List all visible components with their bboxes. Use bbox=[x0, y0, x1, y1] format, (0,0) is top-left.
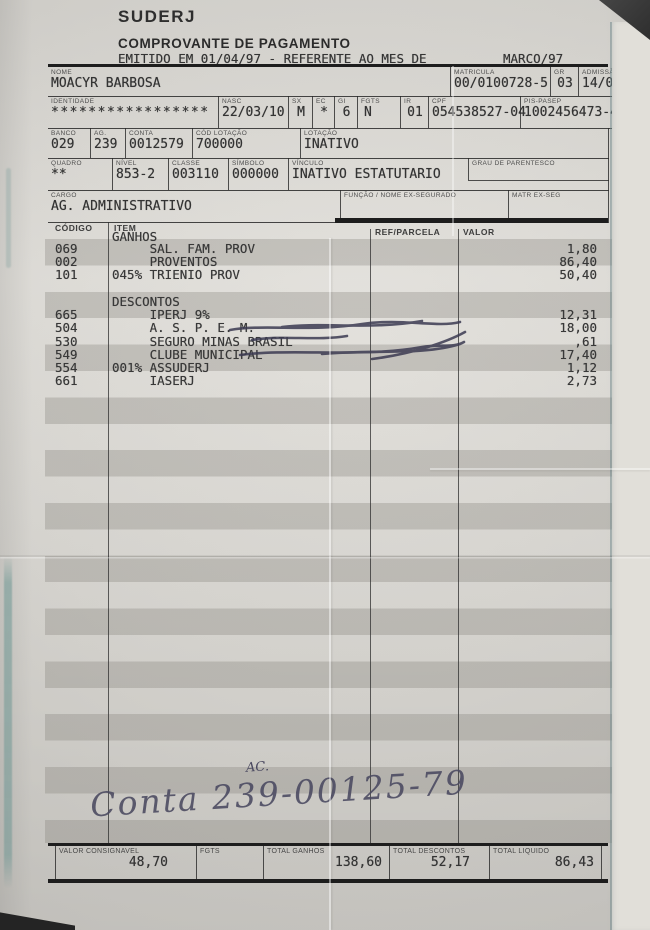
field-label: NÍVEL bbox=[113, 158, 169, 167]
field-label: LOTAÇÃO bbox=[301, 128, 609, 137]
paper-edge-right bbox=[610, 22, 650, 930]
field-cod-lotacao: CÓD LOTAÇÃO 700000 bbox=[192, 128, 301, 158]
form-row-identification: NOME MOACYR BARBOSA MATRICULA 00/0100728… bbox=[48, 67, 650, 97]
field-vinculo: VÍNCULO INATIVO ESTATUTARIO bbox=[288, 158, 469, 190]
total-label: TOTAL LIQUIDO bbox=[490, 846, 602, 855]
field-label: FUNÇÃO / NOME EX-SEGURADO bbox=[341, 190, 509, 199]
table-row: DESCONTOS bbox=[0, 294, 650, 307]
field-label: CLASSE bbox=[169, 158, 229, 167]
field-cpf: CPF 054538527-04 bbox=[428, 96, 521, 128]
field-label: VÍNCULO bbox=[289, 158, 469, 167]
field-value: 1002456473-4 bbox=[521, 105, 613, 120]
total-value: 86,43 bbox=[490, 855, 602, 870]
total-value: 138,60 bbox=[264, 855, 390, 870]
total-fgts: FGTS bbox=[196, 846, 264, 879]
field-value: 0012579 bbox=[126, 137, 193, 152]
field-value: 239 bbox=[91, 137, 126, 152]
field-label: FGTS bbox=[358, 96, 401, 105]
field-label: AG. bbox=[91, 128, 126, 137]
total-descontos: TOTAL DESCONTOS 52,17 bbox=[389, 846, 490, 879]
blue-edge-mark-lower bbox=[4, 556, 12, 888]
field-value: 029 bbox=[48, 137, 90, 152]
field-label: MATR EX-SEG bbox=[509, 190, 609, 199]
form-row-bank: BANCO 029 AG. 239 CONTA 0012579 CÓD LOTA… bbox=[48, 128, 609, 159]
total-valor-consignavel: VALOR CONSIGNAVEL 48,70 bbox=[56, 846, 196, 879]
form-row-position: QUADRO ** NÍVEL 853-2 CLASSE 003110 SÍMB… bbox=[48, 158, 609, 191]
field-value: M bbox=[289, 105, 313, 120]
table-row: 661 IASERJ 2,73 bbox=[0, 373, 650, 386]
field-conta: CONTA 0012579 bbox=[125, 128, 193, 158]
field-sx: SX M bbox=[288, 96, 313, 128]
field-value: N bbox=[358, 105, 401, 120]
total-value: 52,17 bbox=[390, 855, 490, 870]
total-value: 48,70 bbox=[56, 855, 196, 870]
field-value: AG. ADMINISTRATIVO bbox=[48, 199, 340, 214]
field-label: SÍMBOLO bbox=[229, 158, 289, 167]
field-ec: EC * bbox=[312, 96, 335, 128]
field-value: INATIVO ESTATUTARIO bbox=[289, 167, 469, 182]
field-simbolo: SÍMBOLO 000000 bbox=[228, 158, 289, 190]
field-label: NOME bbox=[48, 67, 450, 76]
field-nivel: NÍVEL 853-2 bbox=[112, 158, 169, 190]
field-value: 6 bbox=[335, 105, 358, 120]
field-value: 01 bbox=[401, 105, 429, 120]
field-value: ***************** bbox=[48, 105, 218, 120]
row-item: IASERJ bbox=[112, 373, 195, 388]
row-valor: 2,73 bbox=[487, 373, 597, 388]
row-codigo: 661 bbox=[55, 373, 78, 388]
total-label: TOTAL DESCONTOS bbox=[390, 846, 490, 855]
field-cargo: CARGO AG. ADMINISTRATIVO bbox=[48, 190, 340, 222]
totals-row: VALOR CONSIGNAVEL 48,70 FGTS TOTAL GANHO… bbox=[55, 846, 602, 879]
scanned-payslip-photo: SUDERJ COMPROVANTE DE PAGAMENTO EMITIDO … bbox=[0, 0, 650, 930]
blue-edge-mark-upper bbox=[6, 168, 11, 268]
field-fgts: FGTS N bbox=[357, 96, 401, 128]
field-quadro: QUADRO ** bbox=[48, 158, 112, 190]
field-value: 700000 bbox=[193, 137, 301, 152]
field-value: 853-2 bbox=[113, 167, 169, 182]
field-gi: GI 6 bbox=[334, 96, 358, 128]
field-grau-parentesco: GRAU DE PARENTESCO bbox=[468, 158, 609, 181]
field-ir: IR 01 bbox=[400, 96, 429, 128]
field-label: GI bbox=[335, 96, 358, 105]
handwritten-note-small: AC. bbox=[246, 759, 270, 776]
field-nome: NOME MOACYR BARBOSA bbox=[48, 67, 450, 96]
field-label: MATRICULA bbox=[451, 67, 551, 76]
field-value: 003110 bbox=[169, 167, 229, 182]
field-label: QUADRO bbox=[48, 158, 112, 167]
field-value: 054538527-04 bbox=[429, 105, 521, 120]
total-ganhos: TOTAL GANHOS 138,60 bbox=[263, 846, 390, 879]
field-value: ** bbox=[48, 167, 112, 182]
row-codigo: 101 bbox=[55, 267, 78, 282]
field-value bbox=[509, 199, 609, 200]
field-nasc: NASC 22/03/10 bbox=[218, 96, 289, 128]
total-label: VALOR CONSIGNAVEL bbox=[56, 846, 196, 855]
table-row: 069 SAL. FAM. PROV 1,80 bbox=[0, 241, 650, 254]
totals-bottom-rule bbox=[48, 879, 608, 883]
total-label: TOTAL GANHOS bbox=[264, 846, 390, 855]
table-row: 002 PROVENTOS 86,40 bbox=[0, 254, 650, 267]
field-label: GR bbox=[551, 67, 579, 76]
field-lotacao: LOTAÇÃO INATIVO bbox=[300, 128, 609, 158]
field-value: INATIVO bbox=[301, 137, 609, 152]
document-title: COMPROVANTE DE PAGAMENTO bbox=[118, 36, 351, 51]
field-banco: BANCO 029 bbox=[48, 128, 90, 158]
field-value: * bbox=[313, 105, 335, 120]
form-row-personal: IDENTIDADE ***************** NASC 22/03/… bbox=[48, 96, 650, 129]
table-top-rule bbox=[335, 218, 608, 223]
field-classe: CLASSE 003110 bbox=[168, 158, 229, 190]
field-value: MOACYR BARBOSA bbox=[48, 76, 450, 91]
field-label: CARGO bbox=[48, 190, 340, 199]
field-label: EC bbox=[313, 96, 335, 105]
field-label: CPF bbox=[429, 96, 521, 105]
field-label: IR bbox=[401, 96, 429, 105]
field-value: 22/03/10 bbox=[219, 105, 289, 120]
field-label: IDENTIDADE bbox=[48, 96, 218, 105]
row-item: 045% TRIENIO PROV bbox=[112, 267, 240, 282]
field-label: CÓD LOTAÇÃO bbox=[193, 128, 301, 137]
pen-scribble bbox=[222, 314, 472, 369]
field-label: PIS-PASEP bbox=[521, 96, 613, 105]
field-label: NASC bbox=[219, 96, 289, 105]
field-value bbox=[341, 199, 509, 200]
field-label: CONTA bbox=[126, 128, 193, 137]
total-liquido: TOTAL LIQUIDO 86,43 bbox=[489, 846, 602, 879]
field-ag: AG. 239 bbox=[90, 128, 126, 158]
field-value: 00/0100728-5 bbox=[451, 76, 551, 91]
field-value bbox=[469, 167, 609, 168]
total-label: FGTS bbox=[197, 846, 264, 855]
org-name: SUDERJ bbox=[118, 7, 196, 27]
field-label: SX bbox=[289, 96, 313, 105]
field-matricula: MATRICULA 00/0100728-5 bbox=[450, 67, 551, 96]
field-label: GRAU DE PARENTESCO bbox=[469, 158, 609, 167]
field-gr: GR 03 bbox=[550, 67, 579, 96]
field-value: 000000 bbox=[229, 167, 289, 182]
row-valor: 50,40 bbox=[487, 267, 597, 282]
field-identidade: IDENTIDADE ***************** bbox=[48, 96, 218, 128]
table-row: 101 045% TRIENIO PROV 50,40 bbox=[0, 267, 650, 280]
field-value: 03 bbox=[551, 76, 579, 91]
field-pis-pasep: PIS-PASEP 1002456473-4 bbox=[520, 96, 613, 128]
field-label: BANCO bbox=[48, 128, 90, 137]
